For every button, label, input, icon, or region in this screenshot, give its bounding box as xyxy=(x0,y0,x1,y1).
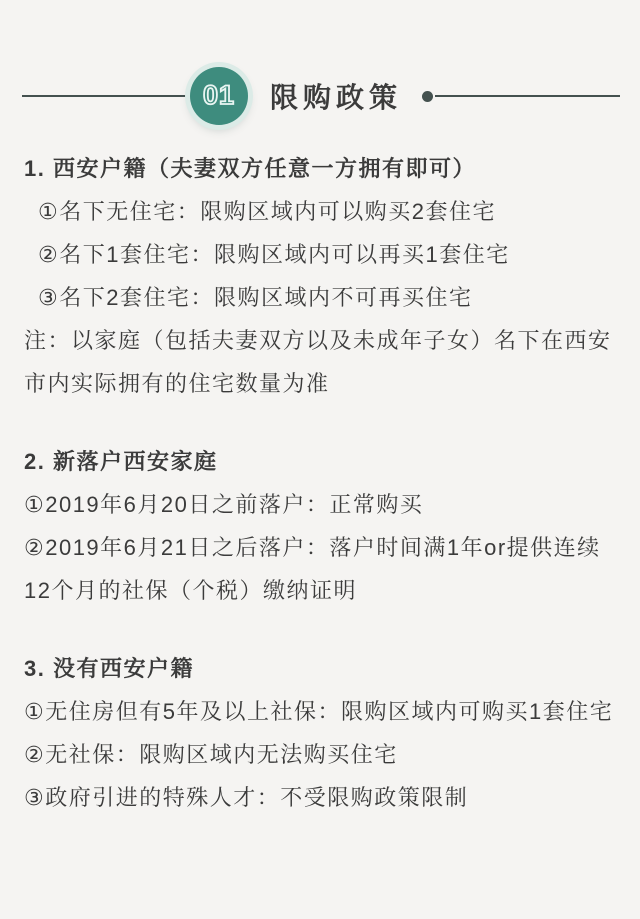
header-dot-icon xyxy=(422,91,433,102)
section-number-badge: 01 xyxy=(190,67,248,125)
content: 1. 西安户籍（夫妻双方任意一方拥有即可） ①名下无住宅：限购区域内可以购买2套… xyxy=(0,130,640,819)
section-heading: 2. 新落户西安家庭 xyxy=(24,440,616,483)
section-no-hukou: 3. 没有西安户籍 ①无住房但有5年及以上社保：限购区域内可购买1套住宅 ②无社… xyxy=(24,647,616,819)
header-line-right xyxy=(435,95,620,97)
policy-item: ③政府引进的特殊人才：不受限购政策限制 xyxy=(24,776,616,819)
section-note: 注：以家庭（包括夫妻双方以及未成年子女）名下在西安市内实际拥有的住宅数量为准 xyxy=(24,319,616,405)
section-xian-hukou: 1. 西安户籍（夫妻双方任意一方拥有即可） ①名下无住宅：限购区域内可以购买2套… xyxy=(24,147,616,405)
policy-item: ①名下无住宅：限购区域内可以购买2套住宅 xyxy=(24,190,616,233)
page-title: 限购政策 xyxy=(270,76,402,116)
section-new-settlers: 2. 新落户西安家庭 ①2019年6月20日之前落户：正常购买 ②2019年6月… xyxy=(24,440,616,612)
page: 01 限购政策 1. 西安户籍（夫妻双方任意一方拥有即可） ①名下无住宅：限购区… xyxy=(0,0,640,919)
policy-item: ②2019年6月21日之后落户：落户时间满1年or提供连续12个月的社保（个税）… xyxy=(24,526,616,612)
policy-item: ②无社保：限购区域内无法购买住宅 xyxy=(24,733,616,776)
section-number: 01 xyxy=(203,80,235,111)
policy-item: ①无住房但有5年及以上社保：限购区域内可购买1套住宅 xyxy=(24,690,616,733)
section-heading: 3. 没有西安户籍 xyxy=(24,647,616,690)
policy-item: ③名下2套住宅：限购区域内不可再买住宅 xyxy=(24,276,616,319)
policy-item: ②名下1套住宅：限购区域内可以再买1套住宅 xyxy=(24,233,616,276)
header-line-left xyxy=(22,95,192,97)
section-heading: 1. 西安户籍（夫妻双方任意一方拥有即可） xyxy=(24,147,616,190)
policy-item: ①2019年6月20日之前落户：正常购买 xyxy=(24,483,616,526)
section-header: 01 限购政策 xyxy=(0,62,640,130)
